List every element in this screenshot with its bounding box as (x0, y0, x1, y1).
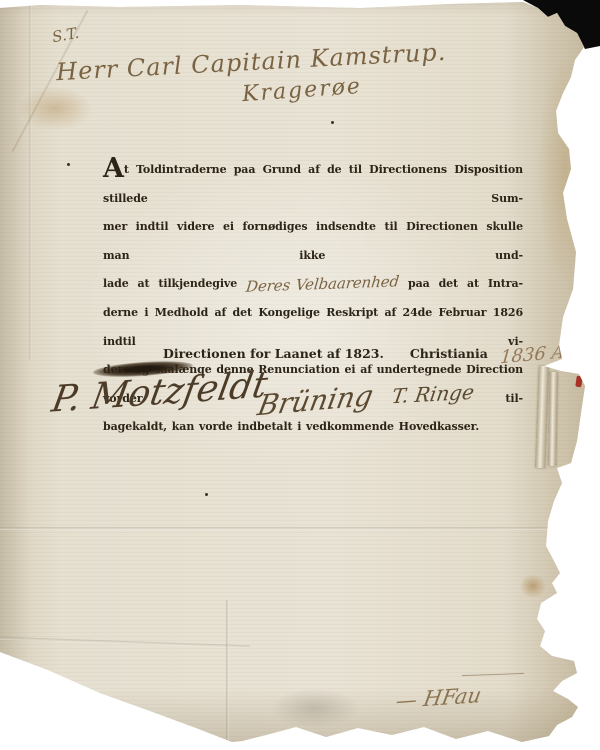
torn-paper-flap (548, 372, 558, 466)
bottom-handwritten-note: — HFau (394, 683, 483, 713)
torn-edge-bottom-shading (0, 688, 600, 750)
place-name: Christiania (410, 346, 488, 361)
torn-paper-flap (535, 366, 549, 468)
signature-ringe: T. Ringe (390, 380, 476, 409)
wax-seal-remnant (575, 376, 582, 388)
edge-left-shading (0, 0, 30, 750)
dateline: Directionen for Laanet af 1823. Christia… (163, 342, 563, 363)
ink-speck (331, 121, 334, 124)
horizontal-crease-lower-left (0, 637, 250, 649)
smudge-bottom (270, 688, 360, 728)
vertical-crease-bottom (226, 600, 229, 750)
edge-top-shading (0, 0, 600, 16)
vertical-fold-left (29, 0, 32, 360)
faint-ruled-line (462, 673, 524, 676)
ink-speck (205, 493, 208, 496)
paper-sheet: S.T. Herr Carl Capitain Kamstrup. Krager… (0, 0, 600, 750)
issuer-line: Directionen for Laanet af 1823. (163, 346, 384, 361)
body-line-3: lade at tilkjendegive Deres Velbaarenhed… (103, 270, 523, 299)
handwritten-insert: Deres Velbaarenhed (245, 268, 401, 302)
tear-discoloration (540, 60, 590, 280)
ink-speck (67, 163, 70, 166)
handwritten-date: 1836 April 5. (499, 337, 600, 369)
stain-left (18, 86, 93, 131)
body-line-6: bagekaldt, kan vorde indbetalt i vedkomm… (103, 413, 523, 442)
salvo-titulo-annotation: S.T. (51, 24, 81, 46)
drop-cap: A (103, 153, 124, 184)
body-line-1: At Toldintraderne paa Grund af de til Di… (103, 156, 523, 213)
body-line-2: mer indtil videre ei fornødiges indsendt… (103, 213, 523, 270)
stain-right (520, 574, 546, 598)
address-recipient: Herr Carl Capitain Kamstrup. (56, 38, 447, 86)
horizontal-crease (0, 527, 600, 530)
address-town: Kragerøe (241, 74, 362, 107)
